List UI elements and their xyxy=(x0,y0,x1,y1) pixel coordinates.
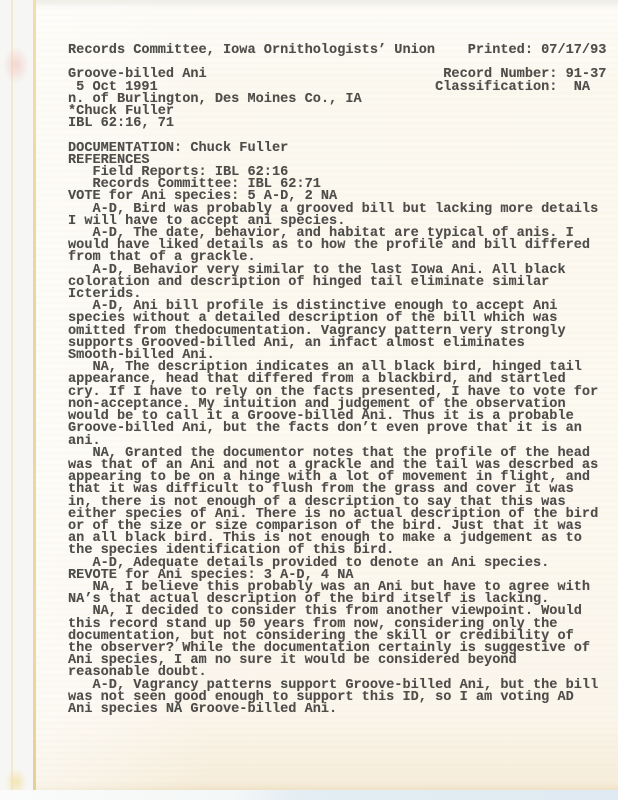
typewritten-text: Records Committee, Iowa Ornithologists’ … xyxy=(68,45,606,716)
scanned-document: Records Committee, Iowa Ornithologists’ … xyxy=(0,0,618,800)
pink-smudge xyxy=(3,46,29,84)
left-faint-line xyxy=(11,0,13,796)
scan-bottom-strip xyxy=(0,790,618,800)
scanner-left-margin xyxy=(0,0,33,800)
